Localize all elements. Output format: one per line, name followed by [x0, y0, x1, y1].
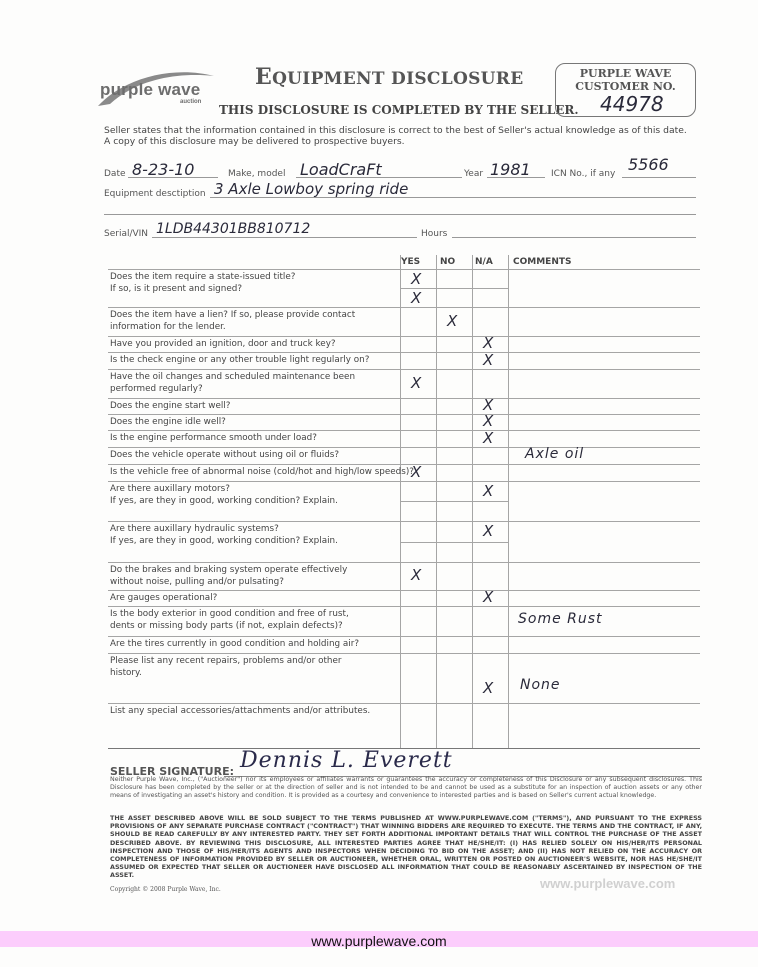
question-text: Is the engine performance smooth under l… [110, 432, 317, 444]
title-rest: QUIPMENT DISCLOSURE [272, 69, 523, 89]
answer-cell-no[interactable] [436, 369, 472, 398]
equipment-description-label: Equipment desctiption [104, 189, 206, 199]
question-line-1: Does the engine start well? [110, 400, 230, 412]
question-line-1: Do the brakes and braking system operate… [110, 564, 347, 576]
header-comments: COMMENTS [513, 257, 571, 267]
icn-field[interactable]: 5566 [628, 155, 669, 174]
question-text: Does the item have a lien? If so, please… [110, 309, 355, 333]
answer-cell-yes[interactable] [400, 414, 436, 430]
answer-cell-yes[interactable] [400, 481, 436, 521]
answer-cell-na[interactable] [472, 703, 508, 748]
answer-cell-yes[interactable] [400, 590, 436, 606]
answer-cell-na[interactable] [472, 352, 508, 369]
equipment-description-field[interactable]: 3 Axle Lowboy spring ride [214, 180, 408, 198]
answer-cell-yes[interactable] [400, 430, 436, 447]
answer-cell-no[interactable] [436, 269, 472, 307]
header-na: N/A [475, 257, 493, 267]
question-line-2: If so, is it present and signed? [110, 283, 295, 295]
answer-cell-yes[interactable] [400, 653, 436, 703]
legal-terms-text: THE ASSET DESCRIBED ABOVE WILL BE SOLD S… [110, 814, 702, 880]
question-text: Are the tires currently in good conditio… [110, 638, 359, 650]
question-line-1: Are there auxillary motors? [110, 483, 338, 495]
answer-cell-yes[interactable] [400, 447, 436, 464]
answer-cell-na[interactable] [472, 521, 508, 562]
answer-cell-na[interactable] [472, 653, 508, 703]
question-text: Have you provided an ignition, door and … [110, 338, 336, 350]
question-text: Have the oil changes and scheduled maint… [110, 371, 355, 395]
answer-cell-no[interactable] [436, 398, 472, 414]
answer-cell-no[interactable] [436, 447, 472, 464]
answer-cell-yes[interactable] [400, 606, 436, 636]
table-column-divider [508, 255, 509, 748]
answer-cell-yes[interactable] [400, 369, 436, 398]
question-line-1: Have you provided an ignition, door and … [110, 338, 336, 350]
answer-cell-na[interactable] [472, 307, 508, 336]
answer-cell-na[interactable] [472, 636, 508, 653]
hours-label: Hours [421, 229, 447, 239]
question-line-1: List any special accessories/attachments… [110, 705, 370, 717]
intro-line-2: A copy of this disclosure may be deliver… [104, 136, 704, 147]
question-line-1: Are the tires currently in good conditio… [110, 638, 359, 650]
question-line-1: Please list any recent repairs, problems… [110, 655, 342, 667]
question-line-1: Are gauges operational? [110, 592, 217, 604]
answer-cell-na[interactable] [472, 562, 508, 590]
question-line-2: dents or missing body parts (if not, exp… [110, 620, 349, 632]
answer-cell-yes[interactable] [400, 521, 436, 562]
answer-cell-yes[interactable] [400, 398, 436, 414]
answer-cell-no[interactable] [436, 352, 472, 369]
question-text: Please list any recent repairs, problems… [110, 655, 342, 679]
customer-number-value[interactable]: 44978 [600, 92, 664, 116]
question-text: Is the body exterior in good condition a… [110, 608, 349, 632]
comment-field[interactable]: Some Rust [518, 611, 603, 627]
answer-cell-yes[interactable] [400, 464, 436, 481]
make-model-field[interactable]: LoadCraFt [300, 160, 382, 179]
question-line-1: Does the engine idle well? [110, 416, 226, 428]
answer-cell-na[interactable] [472, 369, 508, 398]
watermark-text: www.purplewave.com [540, 876, 675, 891]
question-text: Does the engine start well? [110, 400, 230, 412]
comment-field[interactable]: None [520, 677, 561, 693]
answer-cell-no[interactable] [436, 464, 472, 481]
intro-statement: Seller states that the information conta… [104, 125, 704, 147]
footer-band: www.purplewave.com [0, 931, 758, 947]
answer-cell-no[interactable] [436, 430, 472, 447]
date-field[interactable]: 8-23-10 [132, 160, 194, 179]
question-line-2: If yes, are they in good, working condit… [110, 495, 338, 507]
answer-cell-na[interactable] [472, 269, 508, 307]
question-line-1: Does the vehicle operate without using o… [110, 449, 339, 461]
question-text: Are there auxillary motors?If yes, are t… [110, 483, 338, 507]
logo-text: purple wave [100, 80, 200, 100]
disclaimer-text: Neither Purple Wave, Inc., ("Auctioneer"… [110, 776, 702, 799]
customer-number-box: PURPLE WAVE CUSTOMER NO. 44978 [555, 63, 696, 117]
answer-cell-yes[interactable] [400, 703, 436, 748]
answer-cell-no[interactable] [436, 590, 472, 606]
question-line-2: history. [110, 667, 342, 679]
comment-field[interactable]: Axle oil [525, 446, 584, 462]
answer-cell-na[interactable] [472, 464, 508, 481]
answer-cell-na[interactable] [472, 590, 508, 606]
question-line-2: without noise, pulling and/or pulsating? [110, 576, 347, 588]
answer-cell-no[interactable] [436, 703, 472, 748]
make-model-label: Make, model [228, 169, 285, 179]
date-label: Date [104, 169, 126, 179]
page-title: EQUIPMENT DISCLOSURE [255, 64, 523, 90]
question-line-1: Does the item require a state-issued tit… [110, 271, 295, 283]
answer-cell-yes[interactable] [400, 562, 436, 590]
question-text: Is the vehicle free of abnormal noise (c… [110, 466, 414, 478]
question-line-2: information for the lender. [110, 321, 355, 333]
answer-cell-na[interactable] [472, 606, 508, 636]
question-text: Does the item require a state-issued tit… [110, 271, 295, 295]
answer-cell-yes[interactable] [400, 336, 436, 352]
question-text: List any special accessories/attachments… [110, 705, 370, 717]
serial-vin-label: Serial/VIN [104, 229, 148, 239]
header-no: NO [440, 257, 455, 267]
answer-cell-no[interactable] [436, 307, 472, 336]
header-yes: YES [401, 257, 420, 267]
answer-cell-yes[interactable] [400, 636, 436, 653]
answer-cell-no[interactable] [436, 481, 472, 521]
answer-cell-yes[interactable] [400, 352, 436, 369]
seller-signature-field[interactable]: Dennis L. Everett [240, 748, 453, 773]
serial-vin-field[interactable]: 1LDB44301BB810712 [156, 221, 310, 237]
intro-line-1: Seller states that the information conta… [104, 125, 704, 136]
answer-cell-no[interactable] [436, 636, 472, 653]
page-subtitle: THIS DISCLOSURE IS COMPLETED BY THE SELL… [219, 103, 579, 117]
icn-label: ICN No., if any [551, 169, 615, 179]
question-line-1: Is the vehicle free of abnormal noise (c… [110, 466, 414, 478]
question-line-1: Have the oil changes and scheduled maint… [110, 371, 355, 383]
question-text: Are there auxillary hydraulic systems?If… [110, 523, 338, 547]
answer-cell-no[interactable] [436, 606, 472, 636]
copyright-text: Copyright © 2008 Purple Wave, Inc. [110, 886, 221, 893]
question-text: Is the check engine or any other trouble… [110, 354, 369, 366]
disclosure-page: purple wave auction EQUIPMENT DISCLOSURE… [0, 0, 758, 967]
question-line-1: Is the engine performance smooth under l… [110, 432, 317, 444]
logo-subtext: auction [180, 99, 201, 105]
customer-number-label: PURPLE WAVE CUSTOMER NO. [556, 67, 695, 93]
footer-url-link[interactable]: www.purplewave.com [311, 933, 446, 949]
answer-cell-no[interactable] [436, 414, 472, 430]
question-text: Does the engine idle well? [110, 416, 226, 428]
answer-cell-no[interactable] [436, 521, 472, 562]
year-field[interactable]: 1981 [490, 160, 531, 179]
question-text: Does the vehicle operate without using o… [110, 449, 339, 461]
question-line-1: Does the item have a lien? If so, please… [110, 309, 355, 321]
answer-cell-na[interactable] [472, 447, 508, 464]
year-label: Year [464, 169, 483, 179]
answer-cell-yes[interactable] [400, 307, 436, 336]
question-line-2: performed regularly? [110, 383, 355, 395]
question-text: Do the brakes and braking system operate… [110, 564, 347, 588]
answer-cell-no[interactable] [436, 336, 472, 352]
question-line-1: Are there auxillary hydraulic systems? [110, 523, 338, 535]
question-line-1: Is the body exterior in good condition a… [110, 608, 349, 620]
title-cap: E [255, 64, 272, 90]
answer-cell-na[interactable] [472, 481, 508, 521]
question-line-1: Is the check engine or any other trouble… [110, 354, 369, 366]
question-text: Are gauges operational? [110, 592, 217, 604]
answer-cell-no[interactable] [436, 562, 472, 590]
question-line-2: If yes, are they in good, working condit… [110, 535, 338, 547]
purple-wave-logo: purple wave auction [96, 66, 216, 112]
answer-cell-no[interactable] [436, 653, 472, 703]
answer-cell-yes[interactable] [400, 269, 436, 307]
answer-cell-na[interactable] [472, 430, 508, 447]
customer-label-line1: PURPLE WAVE [556, 67, 695, 80]
